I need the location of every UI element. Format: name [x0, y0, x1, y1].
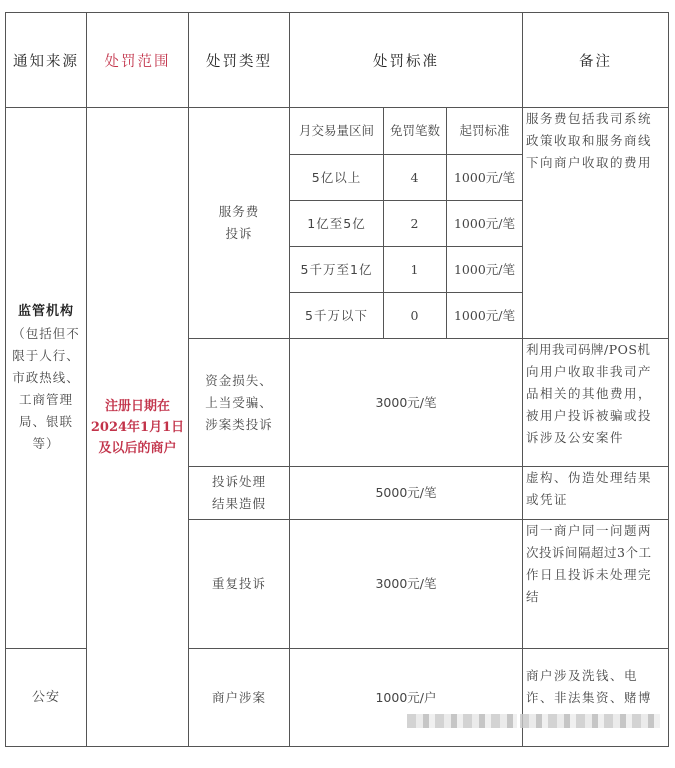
- remark-line: 下向商户收取的费用: [526, 152, 652, 174]
- watermark-blur: [520, 714, 660, 728]
- header-standard: 处罚标准: [289, 12, 523, 108]
- fee-range-value: 5千万至1亿: [301, 259, 373, 281]
- remark-line: 政策收取和服务商线: [526, 130, 652, 152]
- fee-row-free: 0: [383, 292, 447, 339]
- remark-falsified-result: 虚构、伪造处理结果 或凭证: [522, 466, 669, 520]
- header-type-label: 处罚类型: [206, 50, 272, 71]
- scope-line: 注册日期在: [105, 396, 170, 417]
- standard-merchant-case: 1000元/户: [289, 648, 523, 747]
- fee-row-penalty: 1000元/笔: [446, 246, 523, 293]
- source-regulator-name: 监管机构: [18, 301, 74, 323]
- remark-line: 同一商户同一问题两: [526, 520, 652, 542]
- fee-row-range: 1亿至5亿: [289, 200, 384, 247]
- scope-cell: 注册日期在 2024年1月1日 及以后的商户: [86, 107, 189, 747]
- remark-line: 服务费包括我司系统: [526, 108, 652, 130]
- subheader-penalty: 起罚标准: [446, 107, 523, 155]
- remark-line: 利用我司码牌/POS机: [526, 339, 650, 361]
- fee-free-value: 1: [411, 259, 420, 281]
- source-detail-line: 市政热线、: [12, 367, 80, 389]
- header-source-label: 通知来源: [13, 50, 79, 71]
- remark-service-fee: 服务费包括我司系统 政策收取和服务商线 下向商户收取的费用: [522, 107, 669, 339]
- header-scope: 处罚范围: [86, 12, 189, 108]
- remark-merchant-case: 商户涉及洗钱、电 诈、非法集资、赌博: [522, 648, 669, 747]
- type-line: 投诉处理: [212, 471, 266, 493]
- remark-line: 诉涉及公安案件: [526, 427, 624, 449]
- type-line: 结果造假: [212, 493, 266, 515]
- standard-fund-loss: 3000元/笔: [289, 338, 523, 467]
- standard-value: 5000元/笔: [375, 482, 436, 504]
- subheader-free-count-label: 免罚笔数: [390, 120, 440, 142]
- type-repeated-complaint: 重复投诉: [188, 519, 290, 649]
- fee-penalty-value: 1000元/笔: [454, 213, 515, 235]
- fee-range-value: 5亿以上: [312, 167, 361, 189]
- standard-value: 1000元/户: [375, 687, 436, 709]
- scope-line: 及以后的商户: [98, 438, 176, 459]
- header-remark-label: 备注: [579, 50, 612, 71]
- standard-repeated-complaint: 3000元/笔: [289, 519, 523, 649]
- fee-penalty-value: 1000元/笔: [454, 305, 515, 327]
- source-detail-line: 工商管理: [19, 389, 73, 411]
- subheader-free-count: 免罚笔数: [383, 107, 447, 155]
- fee-penalty-value: 1000元/笔: [454, 259, 515, 281]
- standard-value: 3000元/笔: [375, 392, 436, 414]
- remark-line: 作日且投诉未处理完: [526, 564, 652, 586]
- type-line: 资金损失、: [205, 370, 273, 392]
- remark-line: 商户涉及洗钱、电: [526, 665, 638, 687]
- type-falsified-result: 投诉处理 结果造假: [188, 466, 290, 520]
- source-detail-line: 局、银联: [19, 411, 73, 433]
- fee-row-penalty: 1000元/笔: [446, 154, 523, 201]
- remark-line: 次投诉间隔超过3个工: [526, 542, 651, 564]
- source-regulator: 监管机构 （包括但不 限于人行、 市政热线、 工商管理 局、银联 等）: [5, 107, 87, 649]
- type-line: 涉案类投诉: [205, 414, 273, 436]
- remark-line: 结: [526, 586, 540, 608]
- source-police: 公安: [5, 648, 87, 747]
- subheader-volume-range-label: 月交易量区间: [299, 120, 374, 142]
- remark-line: 被用户投诉被骗或投: [526, 405, 652, 427]
- fee-row-free: 4: [383, 154, 447, 201]
- fee-row-range: 5亿以上: [289, 154, 384, 201]
- remark-repeated-complaint: 同一商户同一问题两 次投诉间隔超过3个工 作日且投诉未处理完 结: [522, 519, 669, 649]
- source-detail-line: 等）: [32, 433, 59, 455]
- remark-line: 向用户收取非我司产: [526, 361, 652, 383]
- fee-range-value: 1亿至5亿: [307, 213, 365, 235]
- type-line: 商户涉案: [212, 687, 266, 709]
- penalty-table: 通知来源 处罚范围 处罚类型 处罚标准 备注 监管机构 （包括但不 限于人行、 …: [0, 0, 675, 768]
- fee-row-penalty: 1000元/笔: [446, 292, 523, 339]
- fee-row-range: 5千万以下: [289, 292, 384, 339]
- type-service-fee: 服务费 投诉: [188, 107, 290, 339]
- type-fund-loss: 资金损失、 上当受骗、 涉案类投诉: [188, 338, 290, 467]
- watermark-blur: [407, 714, 517, 728]
- subheader-penalty-label: 起罚标准: [459, 120, 509, 142]
- fee-row-free: 1: [383, 246, 447, 293]
- remark-fund-loss: 利用我司码牌/POS机 向用户收取非我司产 品相关的其他费用， 被用户投诉被骗或…: [522, 338, 669, 467]
- fee-row-range: 5千万至1亿: [289, 246, 384, 293]
- source-detail-line: 限于人行、: [12, 345, 80, 367]
- type-line: 上当受骗、: [205, 392, 273, 414]
- fee-free-value: 4: [411, 167, 420, 189]
- scope-line: 2024年1月1日: [91, 417, 184, 438]
- remark-line: 诈、非法集资、赌博: [526, 687, 652, 709]
- header-scope-label: 处罚范围: [105, 50, 171, 71]
- standard-falsified-result: 5000元/笔: [289, 466, 523, 520]
- type-line: 服务费: [219, 201, 260, 223]
- header-type: 处罚类型: [188, 12, 290, 108]
- source-police-name: 公安: [32, 687, 60, 709]
- fee-row-free: 2: [383, 200, 447, 247]
- header-remark: 备注: [522, 12, 669, 108]
- header-standard-label: 处罚标准: [373, 50, 439, 71]
- fee-penalty-value: 1000元/笔: [454, 167, 515, 189]
- fee-free-value: 2: [411, 213, 420, 235]
- subheader-volume-range: 月交易量区间: [289, 107, 384, 155]
- type-line: 投诉: [225, 223, 252, 245]
- remark-line: 或凭证: [526, 489, 568, 511]
- fee-range-value: 5千万以下: [305, 305, 368, 327]
- type-line: 重复投诉: [212, 573, 266, 595]
- type-merchant-case: 商户涉案: [188, 648, 290, 747]
- fee-row-penalty: 1000元/笔: [446, 200, 523, 247]
- fee-free-value: 0: [411, 305, 420, 327]
- standard-value: 3000元/笔: [375, 573, 436, 595]
- header-source: 通知来源: [5, 12, 87, 108]
- remark-line: 品相关的其他费用，: [526, 383, 652, 405]
- source-detail-line: （包括但不: [12, 323, 80, 345]
- remark-line: 虚构、伪造处理结果: [526, 467, 652, 489]
